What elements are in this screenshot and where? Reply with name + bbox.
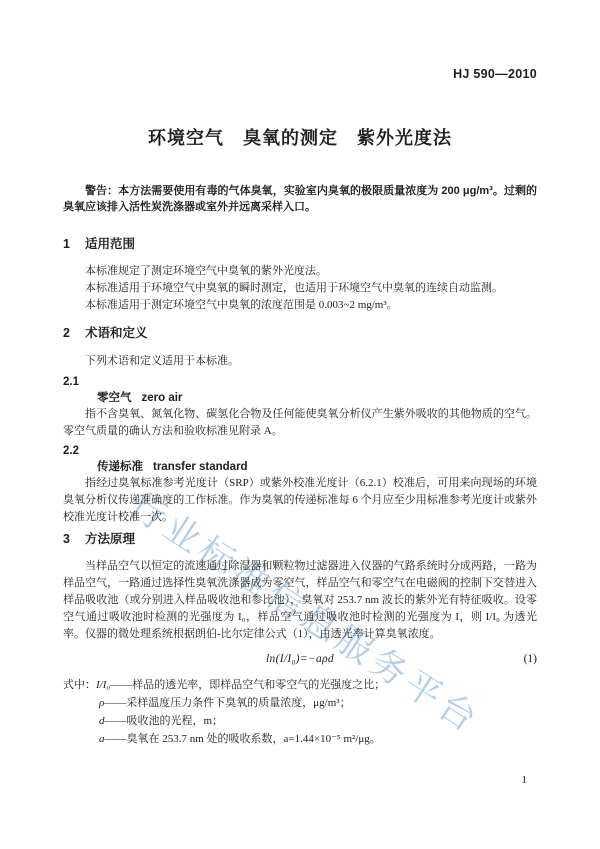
- formula-legend-item: a——臭氧在 253.7 nm 处的吸收系数，a=1.44×10⁻⁵ m²/μg…: [99, 730, 537, 748]
- term-name-en: transfer standard: [153, 461, 248, 473]
- paragraph: 本标准规定了测定环境空气中臭氧的紫外光度法。: [63, 263, 537, 280]
- section-2-heading: 2术语和定义: [63, 326, 537, 341]
- symbol-description: ——吸收池的光程，m；: [105, 715, 224, 727]
- symbol-description: ——样品的透光率，即样品空气和零空气的光强度之比；: [110, 679, 385, 691]
- formula-legend: 式中：I/I₀——样品的透光率，即样品空气和零空气的光强度之比； ρ——采样温度…: [63, 676, 537, 748]
- term-2-2-definition: 指经过臭氧标准参考光度计（SRP）或紫外校准光度计（6.2.1）校准后，可用来向…: [63, 475, 537, 526]
- formula-expression: ln(I/I₀)=−aρd: [266, 653, 334, 665]
- term-2-1-number: 2.1: [63, 374, 537, 390]
- section-1-heading: 1适用范围: [63, 237, 537, 252]
- formula-legend-item: d——吸收池的光程，m；: [99, 712, 537, 730]
- term-2-2-name: 传递标准transfer standard: [63, 459, 537, 475]
- standard-code: HJ 590—2010: [63, 67, 537, 82]
- section-2-title: 术语和定义: [85, 326, 148, 340]
- formula-row: ln(I/I₀)=−aρd (1): [63, 650, 537, 668]
- document-page: 行业标准信息服务平台 HJ 590—2010 环境空气 臭氧的测定 紫外光度法 …: [0, 0, 600, 849]
- symbol-description: ——臭氧在 253.7 nm 处的吸收系数，a=1.44×10⁻⁵ m²/μg。: [105, 733, 381, 745]
- section-1-body: 本标准规定了测定环境空气中臭氧的紫外光度法。 本标准适用于环境空气中臭氧的瞬时测…: [63, 263, 537, 314]
- section-1-title: 适用范围: [85, 237, 135, 251]
- section-3-title: 方法原理: [85, 532, 135, 546]
- document-title: 环境空气 臭氧的测定 紫外光度法: [63, 126, 537, 150]
- paragraph: 本标准适用于测定环境空气中臭氧的浓度范围是 0.003~2 mg/m³。: [63, 297, 537, 314]
- formula-number: (1): [524, 650, 537, 668]
- symbol-description: ——采样温度压力条件下臭氧的质量浓度，μg/m³；: [104, 697, 350, 709]
- page-number: 1: [522, 774, 528, 786]
- term-name-zh: 传递标准: [97, 461, 143, 473]
- term-name-en: zero air: [142, 392, 183, 404]
- section-2-intro: 下列术语和定义适用于本标准。: [63, 353, 537, 370]
- section-3-paragraph: 当样品空气以恒定的流速通过除湿器和颗粒物过滤器进入仪器的气路系统时分成两路，一路…: [63, 558, 537, 643]
- formula-legend-item: 式中：I/I₀——样品的透光率，即样品空气和零空气的光强度之比；: [63, 676, 537, 694]
- section-3-number: 3: [63, 532, 70, 546]
- term-2-2-number: 2.2: [63, 443, 537, 459]
- section-2-number: 2: [63, 326, 70, 340]
- section-1-number: 1: [63, 237, 70, 251]
- symbol-transmittance: I/I₀: [96, 679, 110, 691]
- term-2-1-definition: 指不含臭氧、氮氧化物、碳氢化合物及任何能使臭氧分析仪产生紫外吸收的其他物质的空气…: [63, 406, 537, 440]
- page-content: HJ 590—2010 环境空气 臭氧的测定 紫外光度法 警告：本方法需要使用有…: [0, 0, 600, 748]
- formula-legend-item: ρ——采样温度压力条件下臭氧的质量浓度，μg/m³；: [99, 694, 537, 712]
- warning-paragraph: 警告：本方法需要使用有毒的气体臭氧，实验室内臭氧的极限质量浓度为 200 μg/…: [63, 183, 537, 215]
- term-name-zh: 零空气: [97, 392, 132, 404]
- paragraph: 本标准适用于环境空气中臭氧的瞬时测定，也适用于环境空气中臭氧的连续自动监测。: [63, 280, 537, 297]
- where-label: 式中：: [63, 679, 96, 691]
- section-3-heading: 3方法原理: [63, 532, 537, 547]
- term-2-1-name: 零空气zero air: [63, 390, 537, 406]
